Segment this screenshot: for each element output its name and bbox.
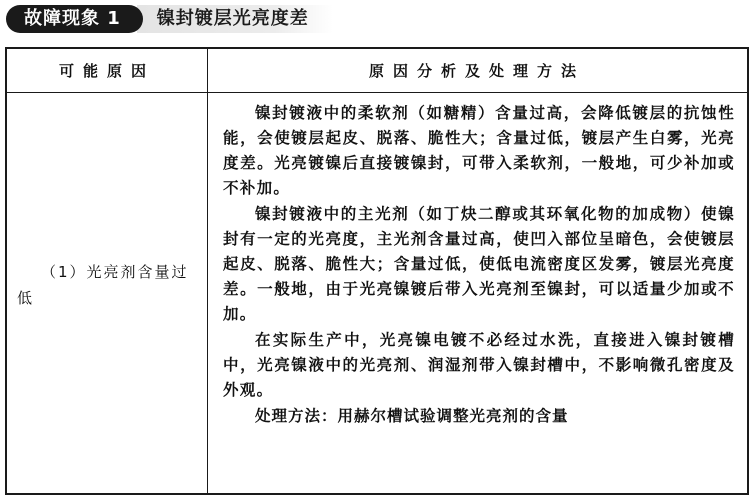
cause-text: （1）光亮剂含量过低 [7, 259, 207, 311]
analysis-cell: 镍封镀液中的柔软剂（如糖精）含量过高，会降低镀层的抗蚀性能，会使镀层起皮、脱落、… [209, 93, 747, 493]
table-header-row: 可能原因 原因分析及处理方法 [7, 49, 747, 93]
analysis-paragraph-softener: 镍封镀液中的柔软剂（如糖精）含量过高，会降低镀层的抗蚀性能，会使镀层起皮、脱落、… [223, 101, 735, 201]
analysis-paragraph-brightener: 镍封镀液中的主光剂（如丁炔二醇或其环氧化物的加成物）使镍封有一定的光亮度，主光剂… [223, 202, 735, 327]
treatment-method: 处理方法：用赫尔槽试验调整光亮剂的含量 [223, 404, 735, 429]
cause-cell: （1）光亮剂含量过低 [7, 93, 207, 493]
column-divider [207, 49, 208, 493]
header-analysis-and-method: 原因分析及处理方法 [207, 49, 747, 92]
treatment-method-text: 用赫尔槽试验调整光亮剂的含量 [338, 407, 569, 425]
fault-number-badge: 故障现象 1 [6, 5, 143, 33]
fault-title: 镍封镀层光亮度差 [137, 5, 333, 33]
treatment-method-label: 处理方法： [255, 407, 338, 425]
header-possible-cause: 可能原因 [7, 49, 207, 92]
fault-analysis-table: 可能原因 原因分析及处理方法 （1）光亮剂含量过低 镍封镀液中的柔软剂（如糖精）… [5, 47, 749, 495]
analysis-paragraph-production: 在实际生产中，光亮镍电镀不必经过水洗，直接进入镍封镀槽中，光亮镍液中的光亮剂、润… [223, 328, 735, 403]
fault-title-bar: 故障现象 1 镍封镀层光亮度差 [6, 4, 333, 34]
